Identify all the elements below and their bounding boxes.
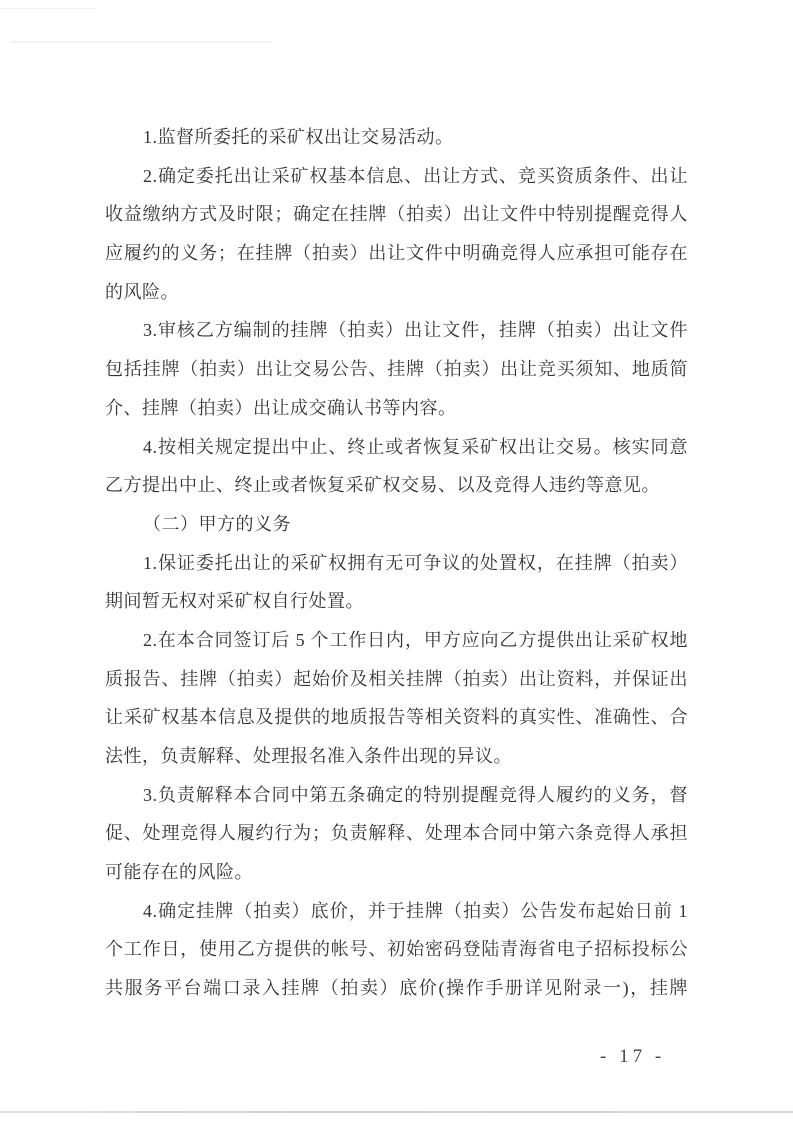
paragraph-line: 3.负责解释本合同中第五条确定的特别提醒竞得人履约的义务，督 — [105, 776, 688, 815]
paragraph-line: 应履约的义务；在挂牌（拍卖）出让文件中明确竞得人应承担可能存在 — [105, 234, 688, 273]
paragraph-line: 1.监督所委托的采矿权出让交易活动。 — [105, 118, 688, 157]
paragraph-line: 介、挂牌（拍卖）出让成交确认书等内容。 — [105, 389, 688, 428]
paragraph-line: 乙方提出中止、终止或者恢复采矿权交易、以及竞得人违约等意见。 — [105, 466, 688, 505]
paragraph-line: 包括挂牌（拍卖）出让交易公告、挂牌（拍卖）出让竞买须知、地质简 — [105, 350, 688, 389]
paragraph-line: 收益缴纳方式及时限；确定在挂牌（拍卖）出让文件中特别提醒竞得人 — [105, 195, 688, 234]
scan-artifact-top-left — [0, 8, 95, 9]
paragraph-line: 共服务平台端口录入挂牌（拍卖）底价(操作手册详见附录一)，挂牌（拍 — [105, 969, 688, 1008]
section-heading: （二）甲方的义务 — [105, 505, 688, 544]
paragraph-line: 2.在本合同签订后 5 个工作日内，甲方应向乙方提供出让采矿权地 — [105, 621, 688, 660]
page-number: - 17 - — [600, 1045, 665, 1069]
paragraph-line: 2.确定委托出让采矿权基本信息、出让方式、竞买资质条件、出让 — [105, 157, 688, 196]
paragraph-line: 的风险。 — [105, 273, 688, 312]
scan-artifact-bottom-edge — [0, 1111, 793, 1113]
paragraph-line: 促、处理竞得人履约行为；负责解释、处理本合同中第六条竞得人承担 — [105, 814, 688, 853]
paragraph-line: 期间暂无权对采矿权自行处置。 — [105, 582, 688, 621]
paragraph-line: 4.按相关规定提出中止、终止或者恢复采矿权出让交易。核实同意 — [105, 428, 688, 467]
document-body: 1.监督所委托的采矿权出让交易活动。 2.确定委托出让采矿权基本信息、出让方式、… — [105, 118, 688, 1008]
paragraph-line: 让采矿权基本信息及提供的地质报告等相关资料的真实性、准确性、合 — [105, 698, 688, 737]
paragraph-line: 4.确定挂牌（拍卖）底价，并于挂牌（拍卖）公告发布起始日前 1 — [105, 892, 688, 931]
scan-artifact-top — [10, 41, 272, 43]
paragraph-line: 可能存在的风险。 — [105, 853, 688, 892]
paragraph-line: 法性，负责解释、处理报名准入条件出现的异议。 — [105, 737, 688, 776]
paragraph-line: 个工作日，使用乙方提供的帐号、初始密码登陆青海省电子招标投标公 — [105, 930, 688, 969]
document-page: 1.监督所委托的采矿权出让交易活动。 2.确定委托出让采矿权基本信息、出让方式、… — [0, 0, 793, 1121]
paragraph-line: 3.审核乙方编制的挂牌（拍卖）出让文件，挂牌（拍卖）出让文件 — [105, 311, 688, 350]
paragraph-line: 质报告、挂牌（拍卖）起始价及相关挂牌（拍卖）出让资料，并保证出 — [105, 660, 688, 699]
paragraph-line: 1.保证委托出让的采矿权拥有无可争议的处置权，在挂牌（拍卖） — [105, 544, 688, 583]
